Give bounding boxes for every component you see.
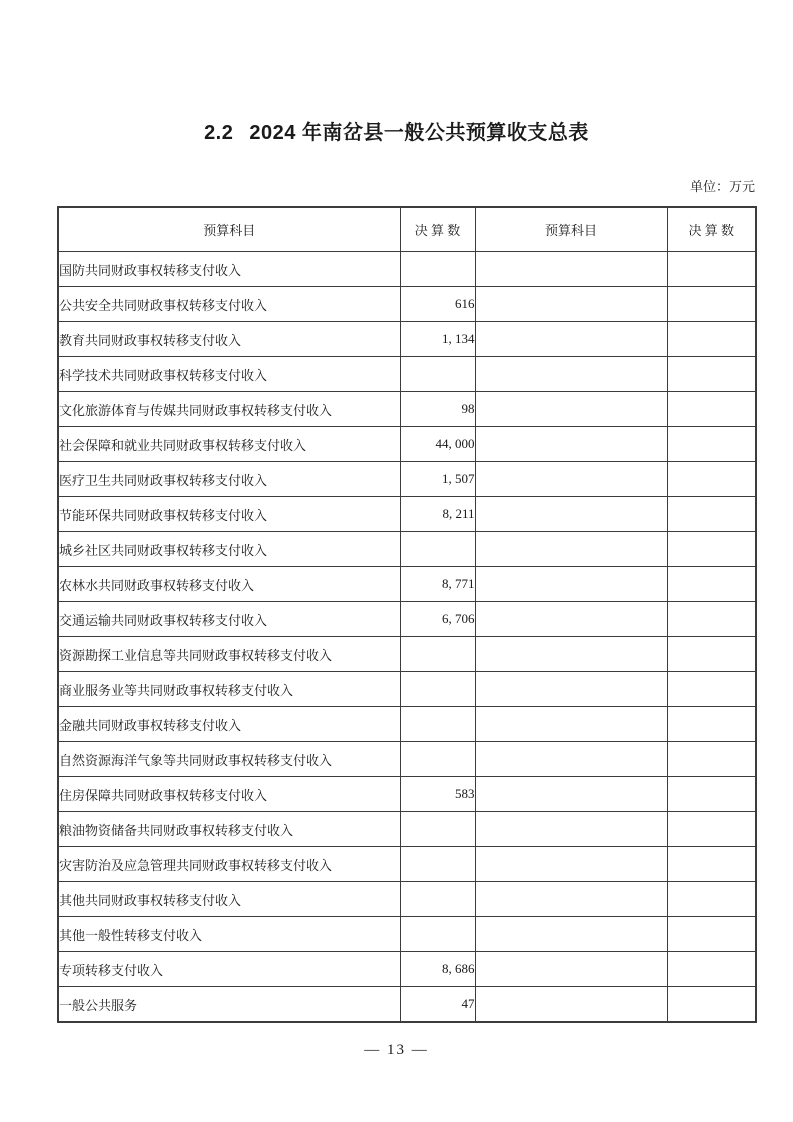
subject-cell-left: 其他一般性转移支付收入 (58, 917, 400, 952)
subject-cell-left: 医疗卫生共同财政事权转移支付收入 (58, 462, 400, 497)
subject-cell-left: 教育共同财政事权转移支付收入 (58, 322, 400, 357)
subject-cell-right (475, 427, 667, 462)
document-page: 2.22024 年南岔县一般公共预算收支总表 单位：万元 预算科目 决 算 数 … (0, 0, 793, 1122)
subject-cell-right (475, 707, 667, 742)
amount-cell-right (667, 602, 756, 637)
table-row: 农林水共同财政事权转移支付收入 8, 771 (58, 567, 756, 602)
table-row: 科学技术共同财政事权转移支付收入 (58, 357, 756, 392)
section-number: 2.2 (204, 122, 233, 144)
table-row: 专项转移支付收入 8, 686 (58, 952, 756, 987)
subject-cell-left: 商业服务业等共同财政事权转移支付收入 (58, 672, 400, 707)
subject-cell-right (475, 392, 667, 427)
amount-cell-right (667, 812, 756, 847)
table-row: 教育共同财政事权转移支付收入 1, 134 (58, 322, 756, 357)
amount-cell-left (400, 812, 475, 847)
amount-cell-right (667, 672, 756, 707)
subject-cell-right (475, 777, 667, 812)
table-row: 自然资源海洋气象等共同财政事权转移支付收入 (58, 742, 756, 777)
table-row: 一般公共服务 47 (58, 987, 756, 1023)
amount-cell-right (667, 917, 756, 952)
amount-cell-right (667, 742, 756, 777)
budget-table: 预算科目 决 算 数 预算科目 决 算 数 国防共同财政事权转移支付收入 公共安… (57, 206, 757, 1023)
subject-cell-right (475, 567, 667, 602)
header-subject-left: 预算科目 (58, 207, 400, 252)
subject-cell-left: 专项转移支付收入 (58, 952, 400, 987)
header-amount-right: 决 算 数 (667, 207, 756, 252)
table-row: 社会保障和就业共同财政事权转移支付收入 44, 000 (58, 427, 756, 462)
subject-cell-right (475, 532, 667, 567)
subject-cell-right (475, 917, 667, 952)
table-row: 节能环保共同财政事权转移支付收入 8, 211 (58, 497, 756, 532)
subject-cell-right (475, 252, 667, 287)
page-title: 2.22024 年南岔县一般公共预算收支总表 (0, 116, 793, 145)
amount-cell-right (667, 567, 756, 602)
subject-cell-left: 其他共同财政事权转移支付收入 (58, 882, 400, 917)
table-row: 金融共同财政事权转移支付收入 (58, 707, 756, 742)
amount-cell-left: 98 (400, 392, 475, 427)
subject-cell-left: 公共安全共同财政事权转移支付收入 (58, 287, 400, 322)
amount-cell-right (667, 462, 756, 497)
amount-cell-right (667, 777, 756, 812)
subject-cell-right (475, 987, 667, 1023)
subject-cell-left: 粮油物资储备共同财政事权转移支付收入 (58, 812, 400, 847)
amount-cell-right (667, 987, 756, 1023)
table-row: 粮油物资储备共同财政事权转移支付收入 (58, 812, 756, 847)
table-row: 文化旅游体育与传媒共同财政事权转移支付收入 98 (58, 392, 756, 427)
subject-cell-left: 科学技术共同财政事权转移支付收入 (58, 357, 400, 392)
subject-cell-left: 城乡社区共同财政事权转移支付收入 (58, 532, 400, 567)
amount-cell-left: 6, 706 (400, 602, 475, 637)
amount-cell-left (400, 742, 475, 777)
unit-label: 单位：万元 (57, 176, 755, 195)
subject-cell-left: 农林水共同财政事权转移支付收入 (58, 567, 400, 602)
amount-cell-left: 1, 507 (400, 462, 475, 497)
subject-cell-left: 住房保障共同财政事权转移支付收入 (58, 777, 400, 812)
amount-cell-left: 1, 134 (400, 322, 475, 357)
subject-cell-right (475, 497, 667, 532)
table-row: 其他共同财政事权转移支付收入 (58, 882, 756, 917)
amount-cell-left: 583 (400, 777, 475, 812)
table-row: 资源勘探工业信息等共同财政事权转移支付收入 (58, 637, 756, 672)
amount-cell-left (400, 917, 475, 952)
table-row: 商业服务业等共同财政事权转移支付收入 (58, 672, 756, 707)
amount-cell-right (667, 847, 756, 882)
subject-cell-right (475, 847, 667, 882)
subject-cell-right (475, 882, 667, 917)
table-row: 住房保障共同财政事权转移支付收入 583 (58, 777, 756, 812)
subject-cell-left: 文化旅游体育与传媒共同财政事权转移支付收入 (58, 392, 400, 427)
subject-cell-right (475, 357, 667, 392)
subject-cell-right (475, 462, 667, 497)
subject-cell-left: 自然资源海洋气象等共同财政事权转移支付收入 (58, 742, 400, 777)
amount-cell-right (667, 357, 756, 392)
amount-cell-left (400, 707, 475, 742)
subject-cell-left: 灾害防治及应急管理共同财政事权转移支付收入 (58, 847, 400, 882)
amount-cell-right (667, 497, 756, 532)
table-row: 交通运输共同财政事权转移支付收入 6, 706 (58, 602, 756, 637)
table-row: 城乡社区共同财政事权转移支付收入 (58, 532, 756, 567)
subject-cell-left: 一般公共服务 (58, 987, 400, 1023)
amount-cell-right (667, 952, 756, 987)
amount-cell-right (667, 392, 756, 427)
header-amount-left: 决 算 数 (400, 207, 475, 252)
header-subject-right: 预算科目 (475, 207, 667, 252)
amount-cell-left: 8, 211 (400, 497, 475, 532)
amount-cell-right (667, 532, 756, 567)
subject-cell-right (475, 637, 667, 672)
table-row: 灾害防治及应急管理共同财政事权转移支付收入 (58, 847, 756, 882)
title-text: 2024 年南岔县一般公共预算收支总表 (249, 122, 589, 144)
subject-cell-left: 资源勘探工业信息等共同财政事权转移支付收入 (58, 637, 400, 672)
amount-cell-left (400, 532, 475, 567)
table-row: 医疗卫生共同财政事权转移支付收入 1, 507 (58, 462, 756, 497)
amount-cell-right (667, 882, 756, 917)
subject-cell-left: 国防共同财政事权转移支付收入 (58, 252, 400, 287)
subject-cell-right (475, 287, 667, 322)
amount-cell-left (400, 882, 475, 917)
amount-cell-right (667, 322, 756, 357)
subject-cell-left: 节能环保共同财政事权转移支付收入 (58, 497, 400, 532)
page-number: — 13 — (0, 1042, 793, 1059)
table-row: 国防共同财政事权转移支付收入 (58, 252, 756, 287)
amount-cell-left (400, 357, 475, 392)
amount-cell-right (667, 287, 756, 322)
amount-cell-left: 616 (400, 287, 475, 322)
subject-cell-left: 金融共同财政事权转移支付收入 (58, 707, 400, 742)
subject-cell-right (475, 602, 667, 637)
amount-cell-left (400, 637, 475, 672)
subject-cell-right (475, 812, 667, 847)
amount-cell-right (667, 252, 756, 287)
table-row: 公共安全共同财政事权转移支付收入 616 (58, 287, 756, 322)
table-header-row: 预算科目 决 算 数 预算科目 决 算 数 (58, 207, 756, 252)
amount-cell-left: 8, 686 (400, 952, 475, 987)
amount-cell-left: 8, 771 (400, 567, 475, 602)
amount-cell-left (400, 847, 475, 882)
amount-cell-left: 44, 000 (400, 427, 475, 462)
amount-cell-left: 47 (400, 987, 475, 1023)
subject-cell-right (475, 952, 667, 987)
amount-cell-left (400, 672, 475, 707)
amount-cell-right (667, 427, 756, 462)
amount-cell-right (667, 637, 756, 672)
subject-cell-right (475, 322, 667, 357)
amount-cell-left (400, 252, 475, 287)
table-row: 其他一般性转移支付收入 (58, 917, 756, 952)
subject-cell-right (475, 742, 667, 777)
amount-cell-right (667, 707, 756, 742)
subject-cell-right (475, 672, 667, 707)
subject-cell-left: 交通运输共同财政事权转移支付收入 (58, 602, 400, 637)
subject-cell-left: 社会保障和就业共同财政事权转移支付收入 (58, 427, 400, 462)
